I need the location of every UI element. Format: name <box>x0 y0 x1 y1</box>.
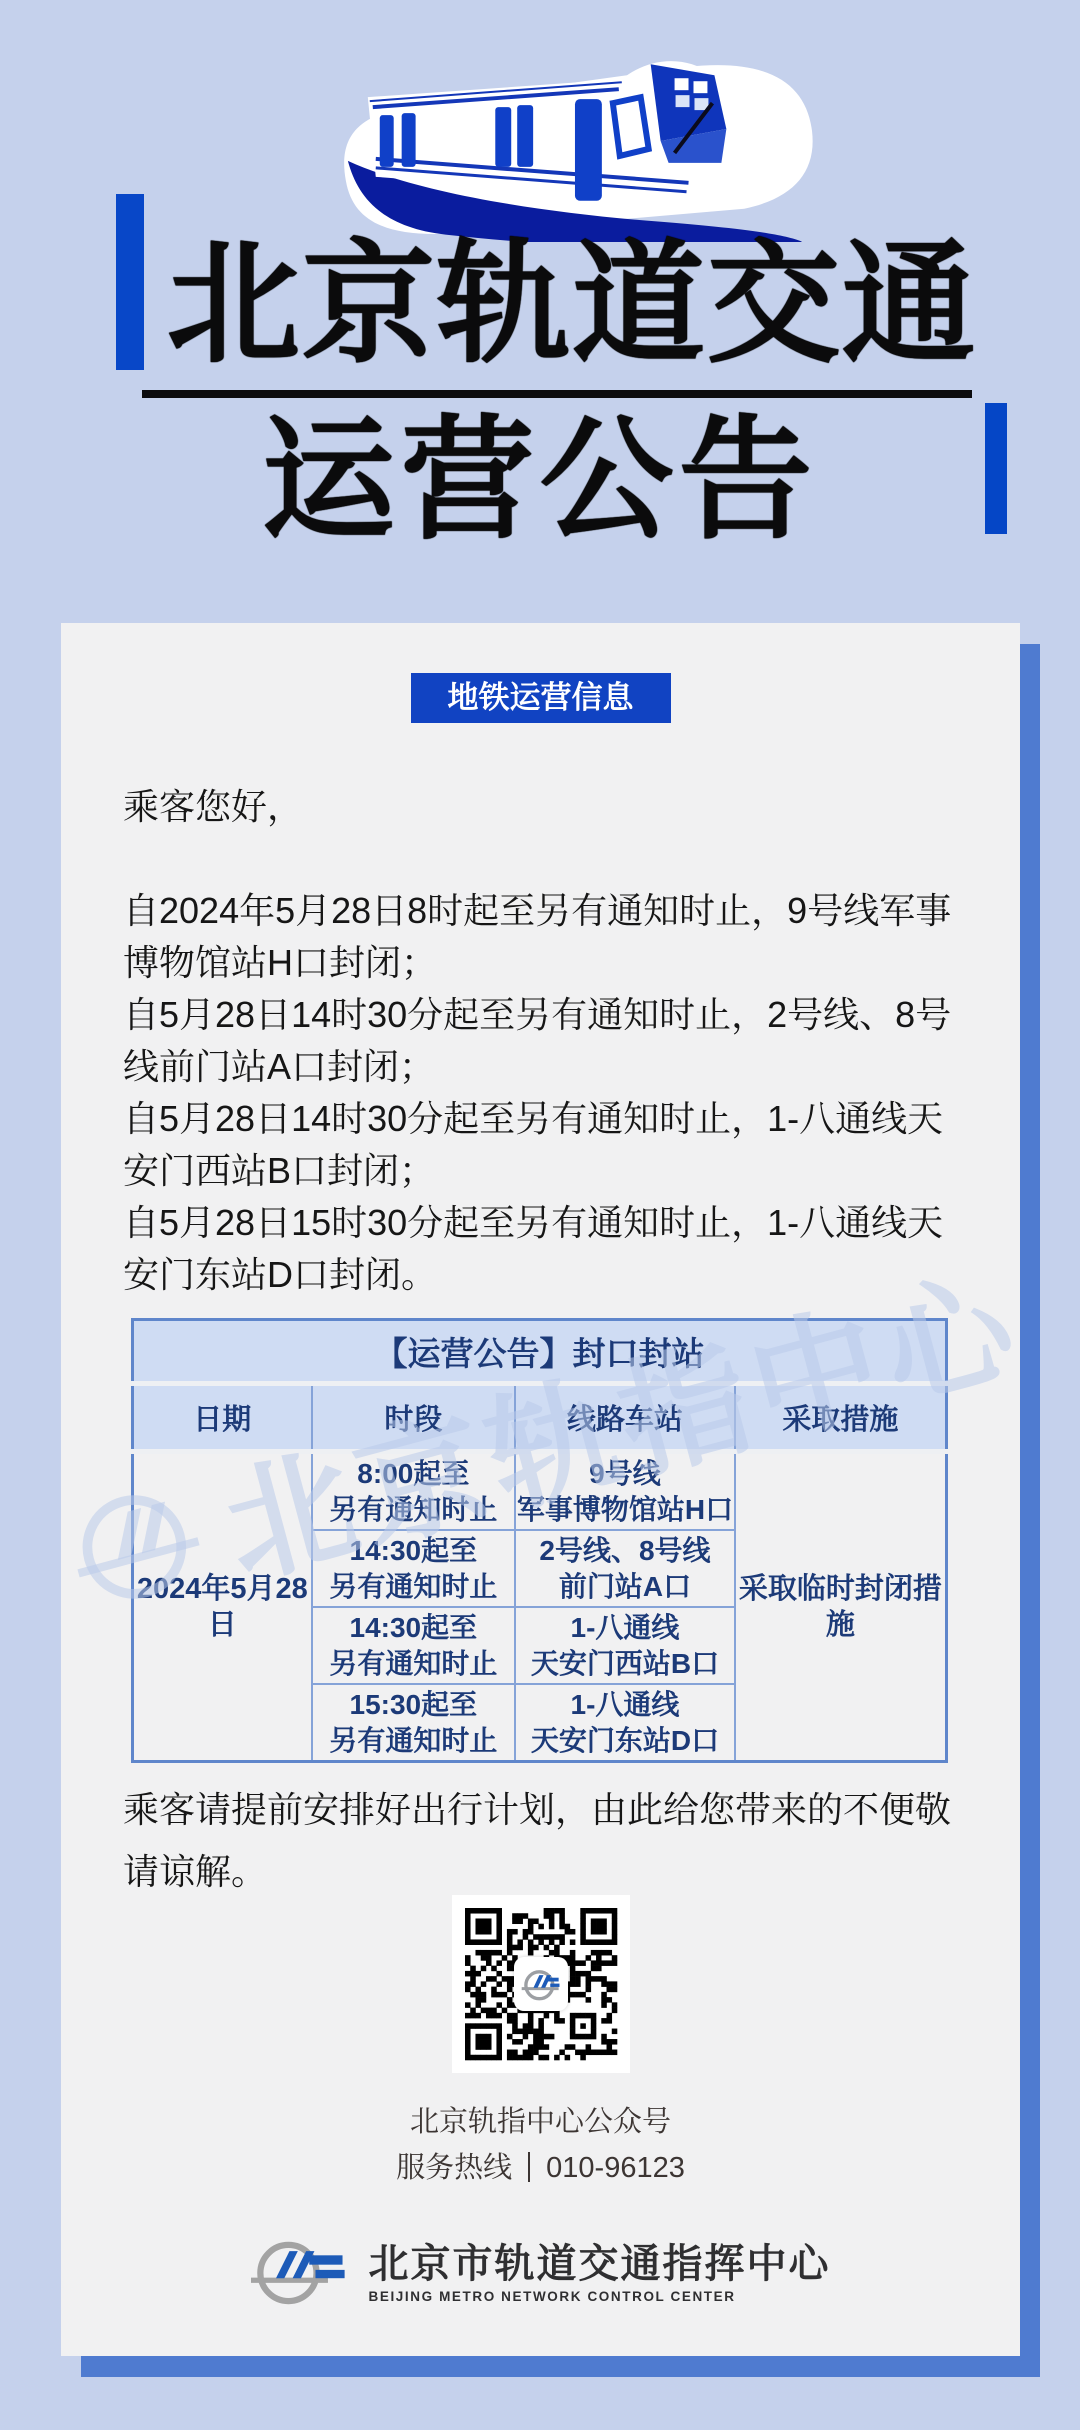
hotline-label: 服务热线 <box>396 2152 512 2184</box>
poster-subtitle: 运营公告 <box>0 412 1080 552</box>
table-row: 2024年5月28日 8:00起至 另有通知时止 9号线 军事博物馆站H口 采取… <box>133 1452 947 1531</box>
col-header-date: 日期 <box>133 1384 312 1452</box>
qr-center-logo-icon <box>514 1957 568 2011</box>
official-account-text: 北京轨指中心公众号 <box>61 2099 1020 2140</box>
metro-emblem-icon <box>251 2231 355 2315</box>
announcement-body: 乘客您好， 自2024年5月28日8时起至另有通知时止，9号线军事博物馆站H口封… <box>123 781 962 1301</box>
closure-table-wrap: 【运营公告】封口封站 日期 时段 线路车站 采取措施 2024年5月28日 8:… <box>131 1318 948 1763</box>
section-badge: 地铁运营信息 <box>411 673 671 723</box>
time-cell: 15:30起至 另有通知时止 <box>312 1684 516 1762</box>
org-name-cn: 北京市轨道交通指挥中心 <box>369 2242 831 2286</box>
station-cell: 2号线、8号线 前门站A口 <box>515 1530 735 1607</box>
announcement-item: 自5月28日14时30分起至另有通知时止，1-八通线天安门西站B口封闭； <box>123 1093 962 1197</box>
hotline-text: 服务热线010-96123 <box>61 2145 1020 2186</box>
qr-code <box>452 1895 630 2073</box>
closure-table: 【运营公告】封口封站 日期 时段 线路车站 采取措施 2024年5月28日 8:… <box>131 1318 948 1763</box>
announcement-poster: 北京轨道交通 运营公告 地铁运营信息 乘客您好， 自2024年5月28日8时起至… <box>0 0 1080 2430</box>
announcement-paragraphs: 自2024年5月28日8时起至另有通知时止，9号线军事博物馆站H口封闭； 自5月… <box>123 885 962 1301</box>
org-logo: 北京市轨道交通指挥中心 BEIJING METRO NETWORK CONTRO… <box>61 2231 1020 2315</box>
table-title: 【运营公告】封口封站 <box>133 1320 947 1384</box>
hotline-divider <box>528 2152 530 2182</box>
station-cell: 1-八通线 天安门东站D口 <box>515 1684 735 1762</box>
announcement-item: 自5月28日15时30分起至另有通知时止，1-八通线天安门东站D口封闭。 <box>123 1197 962 1301</box>
time-cell: 14:30起至 另有通知时止 <box>312 1607 516 1684</box>
station-cell: 9号线 军事博物馆站H口 <box>515 1452 735 1531</box>
train-icon <box>318 30 816 242</box>
announcement-item: 自2024年5月28日8时起至另有通知时止，9号线军事博物馆站H口封闭； <box>123 885 962 989</box>
announcement-item: 自5月28日14时30分起至另有通知时止，2号线、8号线前门站A口封闭； <box>123 989 962 1093</box>
title-underline <box>142 390 972 398</box>
measure-cell: 采取临时封闭措施 <box>735 1452 947 1762</box>
poster-title: 北京轨道交通 <box>64 236 1080 376</box>
org-name-en: BEIJING METRO NETWORK CONTROL CENTER <box>369 2289 736 2304</box>
col-header-station: 线路车站 <box>515 1384 735 1452</box>
station-cell: 1-八通线 天安门西站B口 <box>515 1607 735 1684</box>
closing-text: 乘客请提前安排好出行计划，由此给您带来的不便敬请谅解。 <box>123 1779 962 1903</box>
time-cell: 14:30起至 另有通知时止 <box>312 1530 516 1607</box>
date-cell: 2024年5月28日 <box>133 1452 312 1762</box>
announcement-card: 地铁运营信息 乘客您好， 自2024年5月28日8时起至另有通知时止，9号线军事… <box>61 623 1020 2356</box>
col-header-measure: 采取措施 <box>735 1384 947 1452</box>
time-cell: 8:00起至 另有通知时止 <box>312 1452 516 1531</box>
hotline-number: 010-96123 <box>546 2152 685 2184</box>
col-header-time: 时段 <box>312 1384 516 1452</box>
greeting-text: 乘客您好， <box>123 781 962 833</box>
